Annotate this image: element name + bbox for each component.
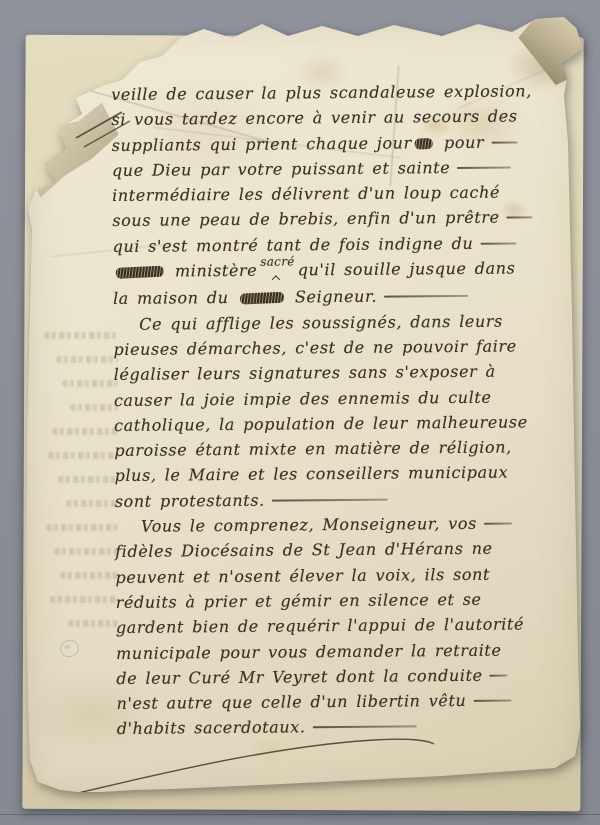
- handwritten-words: réduits à prier et gémir en silence et s…: [116, 590, 482, 612]
- line-filler-dash: [384, 295, 468, 298]
- manuscript-line: si vous tardez encore à venir au secours…: [111, 103, 563, 132]
- handwritten-words: pieuses démarches, c'est de ne pouvoir f…: [113, 336, 516, 359]
- handwritten-words: fidèles Diocésains de St Jean d'Hérans n…: [115, 539, 493, 561]
- manuscript-line: suppliants qui prient chaque jour pour: [112, 129, 564, 158]
- manuscript-line: de leur Curé Mr Veyret dont la conduite: [116, 662, 568, 691]
- handwritten-words: si vous tardez encore à venir au secours…: [111, 107, 517, 130]
- scratched-out-word: [415, 137, 433, 149]
- handwritten-words: n'est autre que celle d'un libertin vêtu: [116, 691, 466, 713]
- handwritten-words: gardent bien de requérir l'appui de l'au…: [116, 615, 524, 638]
- paper-sheet: veille de causer la plus scandaleuse exp…: [22, 14, 588, 806]
- manuscript-line: catholique, la population de leur malheu…: [114, 409, 566, 438]
- handwritten-words: sont protestants.: [115, 490, 265, 510]
- handwritten-words: Seigneur.: [287, 287, 378, 307]
- handwritten-words: suppliants qui prient chaque jour: [112, 133, 412, 155]
- backdrop-seam-line: [0, 814, 600, 815]
- manuscript-line: paroisse étant mixte en matière de rélig…: [114, 434, 566, 463]
- handwritten-words: plus, le Maire et les conseillers munici…: [114, 463, 508, 485]
- manuscript-line: la maison du Seigneur.: [113, 282, 565, 311]
- manuscript-line: qui s'est montré tant de fois indigne du: [112, 230, 564, 259]
- manuscript-line: veille de causer la plus scandaleuse exp…: [111, 78, 563, 107]
- manuscript-line: intermédiaire les délivrent d'un loup ca…: [112, 179, 564, 208]
- handwritten-words: la maison du: [113, 288, 237, 308]
- manuscript-line: causer la joie impie des ennemis du cult…: [114, 384, 566, 413]
- line-filler-dash: [507, 217, 533, 219]
- handwritten-words: causer la joie impie des ennemis du cult…: [114, 387, 492, 409]
- line-filler-dash: [491, 141, 517, 143]
- handwritten-words: Ce qui afflige les soussignés, dans leur…: [139, 311, 503, 333]
- handwritten-text: veille de causer la plus scandaleuse exp…: [111, 78, 569, 742]
- line-filler-dash: [272, 498, 388, 501]
- manuscript-line: légaliser leurs signatures sans s'expose…: [114, 358, 566, 387]
- manuscript-line: sous une peau de brebis, enfin d'un prêt…: [112, 205, 564, 234]
- manuscript-line: peuvent et n'osent élever la voix, ils s…: [115, 561, 567, 590]
- handwritten-words: municipale pour vous demander la retrait…: [116, 640, 502, 662]
- manuscript-line: réduits à prier et gémir en silence et s…: [116, 586, 568, 615]
- line-filler-dash: [490, 674, 508, 676]
- manuscript-page: veille de causer la plus scandaleuse exp…: [22, 14, 588, 806]
- manuscript-line: Ce qui afflige les soussignés, dans leur…: [113, 308, 565, 337]
- manuscript-line: sont protestants.: [115, 485, 567, 514]
- handwritten-words: catholique, la population de leur malheu…: [114, 412, 528, 435]
- line-filler-dash: [480, 242, 516, 244]
- line-filler-dash: [473, 700, 511, 702]
- manuscript-line: municipale pour vous demander la retrait…: [116, 637, 568, 666]
- manuscript-line: que Dieu par votre puissant et sainte: [112, 154, 564, 183]
- manuscript-line: gardent bien de requérir l'appui de l'au…: [116, 611, 568, 640]
- scratched-out-word: [116, 266, 164, 279]
- handwritten-words: peuvent et n'osent élever la voix, ils s…: [115, 564, 490, 586]
- manuscript-line: n'est autre que celle d'un libertin vêtu: [116, 687, 568, 716]
- handwritten-words: sous une peau de brebis, enfin d'un prêt…: [112, 208, 499, 230]
- handwritten-words: que Dieu par votre puissant et sainte: [112, 158, 451, 180]
- manuscript-line: ministèresacréqu'il souille jusque dans: [113, 255, 565, 286]
- manuscript-line: plus, le Maire et les conseillers munici…: [114, 459, 566, 488]
- handwritten-words: paroisse étant mixte en matière de rélig…: [114, 438, 512, 460]
- manuscript-line: pieuses démarches, c'est de ne pouvoir f…: [113, 333, 565, 362]
- handwritten-words: pour: [436, 132, 485, 151]
- closing-flourish: [22, 714, 588, 806]
- interlinear-insertion: sacré: [260, 249, 295, 275]
- photo-backdrop: veille de causer la plus scandaleuse exp…: [0, 0, 600, 825]
- handwritten-words: Vous le comprenez, Monseigneur, vos: [141, 514, 477, 536]
- handwritten-words: veille de causer la plus scandaleuse exp…: [111, 81, 532, 104]
- handwritten-words: qu'il souille jusque dans: [298, 259, 516, 280]
- manuscript-line: fidèles Diocésains de St Jean d'Hérans n…: [115, 535, 567, 564]
- handwritten-words: intermédiaire les délivrent d'un loup ca…: [112, 183, 500, 205]
- line-filler-dash: [484, 523, 512, 525]
- handwritten-words: de leur Curé Mr Veyret dont la conduite: [116, 666, 482, 688]
- line-filler-dash: [457, 166, 511, 168]
- manuscript-line: Vous le comprenez, Monseigneur, vos: [115, 510, 567, 539]
- scratched-out-word: [240, 292, 284, 305]
- verso-ink-bleedthrough: [34, 332, 118, 692]
- handwritten-words: ministère: [167, 261, 258, 281]
- handwritten-words: légaliser leurs signatures sans s'expose…: [114, 362, 496, 384]
